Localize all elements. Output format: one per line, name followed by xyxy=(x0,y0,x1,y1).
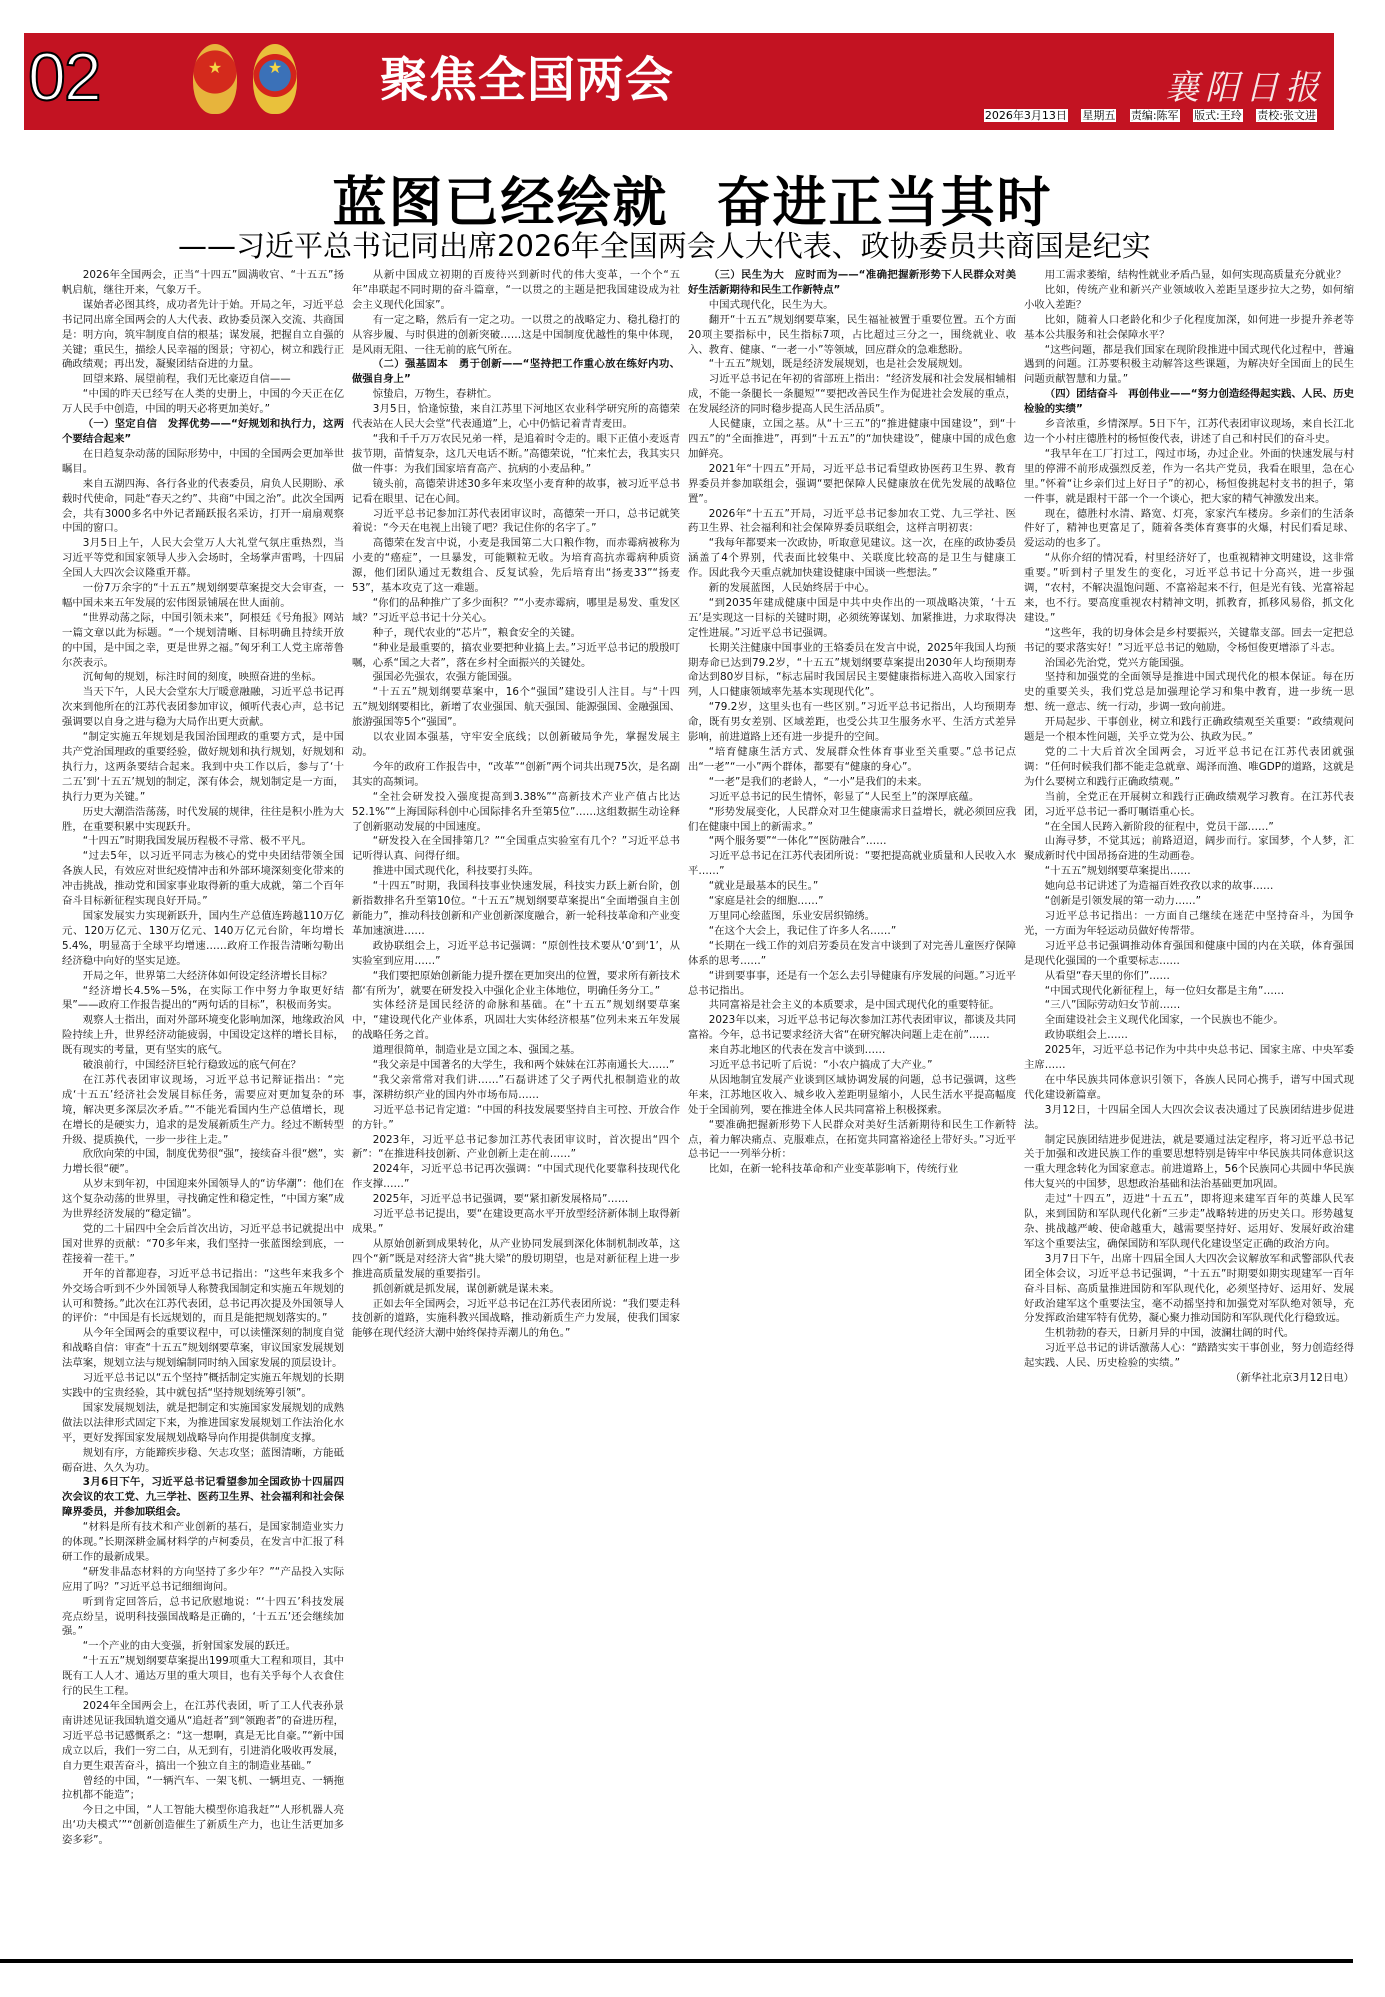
section-subheading: （四）团结奋斗 再创伟业——“努力创造经得起实践、人民、历史检验的实绩” xyxy=(1024,387,1354,417)
paragraph: 2026年“十五五”开局，习近平总书记参加农工党、九三学社、医药卫生界、社会福利… xyxy=(688,507,1016,537)
paragraph: 国家发展实力实现新跃升，国内生产总值连跨越110万亿元、120万亿元、130万亿… xyxy=(62,909,344,969)
paragraph: 习近平总书记听了后说：“小农户搞成了大产业。” xyxy=(688,1058,1016,1073)
paragraph: “世界动荡之际，中国引领未来”，阿根廷《号角报》网站一篇文章以此为标题。“一个规… xyxy=(62,611,344,671)
paragraph: 生机勃勃的春天，日新月异的中国，波澜壮阔的时代。 xyxy=(1024,1326,1354,1341)
paragraph: 3月12日，十四届全国人大四次会议表决通过了民族团结进步促进法。 xyxy=(1024,1103,1354,1133)
paragraph: 制定民族团结进步促进法，就是要通过法定程序，将习近平总书记关于加强和改进民族工作… xyxy=(1024,1133,1354,1193)
paragraph: “家庭是社会的细胞……” xyxy=(688,894,1016,909)
paragraph: “两个服务要”“一体化”“医防融合”…… xyxy=(688,834,1016,849)
paragraph: 以农业固本强基，守牢安全底线；以创新破局争先，掌握发展主动。 xyxy=(352,730,680,760)
paragraph: 镜头前，高德荣讲述30多年来攻坚小麦育种的故事，被习近平总书记看在眼里、记在心间… xyxy=(352,477,680,507)
paragraph: 2021年“十四五”开局，习近平总书记看望政协医药卫生界、教育界委员并参加联组会… xyxy=(688,462,1016,507)
paragraph: 欣欣向荣的中国，制度优势很“强”，接续奋斗很“燃”，实力增长很“硬”。 xyxy=(62,1147,344,1177)
paragraph: “我每年都要来一次政协，听取意见建议。这一次，在座的政协委员涵盖了4个界别，代表… xyxy=(688,536,1016,581)
paragraph: “三八”国际劳动妇女节前…… xyxy=(1024,998,1354,1013)
article-column-2: 从新中国成立初期的百废待兴到新时代的伟大变革，一个个“五年”串联起不同时期的奋斗… xyxy=(352,268,680,1938)
paragraph: 习近平总书记的讲话激荡人心：“踏踏实实干事创业，努力创造经得起实践、人民、历史检… xyxy=(1024,1341,1354,1371)
paragraph: 万里同心绘蓝图，乐业安居织锦绣。 xyxy=(688,909,1016,924)
paragraph: “我父亲常常对我们讲……”石磊讲述了父子两代扎根制造业的故事，深耕纺织产业的国内… xyxy=(352,1073,680,1103)
paragraph: 习近平总书记参加江苏代表团审议时，高德荣一开口，总书记就笑着说：“今天在电视上出… xyxy=(352,507,680,537)
paragraph: “我和千千万万农民兄弟一样，是追着时令走的。眼下正值小麦返青拔节期，苗情复杂，这… xyxy=(352,432,680,477)
section-subheading: （一）坚定自信 发挥优势——“好规划和执行力，这两个要结合起来” xyxy=(62,417,344,447)
paragraph: 来自五湖四海、各行各业的代表委员，肩负人民期盼、承载时代使命，同赴“春天之约”、… xyxy=(62,477,344,537)
paragraph: “十四五”时期，我国科技事业快速发展，科技实力跃上新台阶，创新指数排名升至第10… xyxy=(352,879,680,939)
paragraph: “全社会研发投入强度提高到3.38%”“高新技术产业产值占比达52.1%”“上海… xyxy=(352,790,680,835)
paragraph: “种业是最重要的，搞农业要把种业搞上去。”习近平总书记的殷殷叮嘱，心系“国之大者… xyxy=(352,641,680,671)
paragraph: 习近平总书记以“五个坚持”概括制定实施五年规划的长期实践中的宝贵经验，其中就包括… xyxy=(62,1371,344,1401)
paragraph: “在全国人民跨入新阶段的征程中，党员干部……” xyxy=(1024,820,1354,835)
paragraph: 共同富裕是社会主义的本质要求，是中国式现代化的重要特征。 xyxy=(688,998,1016,1013)
cppcc-emblem-icon: ★ xyxy=(253,44,297,114)
paragraph: “过去5年，以习近平同志为核心的党中央团结带领全国各族人民，有效应对世纪疫情冲击… xyxy=(62,849,344,909)
bottom-rule xyxy=(0,1959,1353,1963)
paragraph: 听到肯定回答后，总书记欣慰地说：“‘十四五’科技发展亮点纷呈，说明科技强国战略是… xyxy=(62,1595,344,1640)
proofreader-credit: 责校:张文进 xyxy=(1256,109,1317,122)
paragraph: 2024年全国两会上，在江苏代表团，听了工人代表孙景南讲述见证我国轨道交通从“追… xyxy=(62,1699,344,1774)
paragraph: “长期在一线工作的刘启芳委员在发言中谈到了对完善儿童医疗保障体系的思考……” xyxy=(688,939,1016,969)
paragraph: 治国必先治党，党兴方能国强。 xyxy=(1024,656,1354,671)
paragraph: 坚持和加强党的全面领导是推进中国式现代化的根本保证。每在历史的重要关头，我们党总… xyxy=(1024,670,1354,715)
paragraph: “中国的昨天已经写在人类的史册上，中国的今天正在亿万人民手中创造，中国的明天必将… xyxy=(62,387,344,417)
paragraph: 从新中国成立初期的百废待兴到新时代的伟大变革，一个个“五年”串联起不同时期的奋斗… xyxy=(352,268,680,313)
paragraph: 习近平总书记在江苏代表团所说：“要把提高就业质量和人民收入水平……” xyxy=(688,849,1016,879)
paragraph: 规划有序，方能蹄疾步稳、矢志攻坚；蓝图清晰，方能砥砺奋进、久久为功。 xyxy=(62,1446,344,1476)
paragraph: “形势发展变化，人民群众对卫生健康需求日益增长，就必须回应我们在健康中国上的新需… xyxy=(688,805,1016,835)
paragraph: 翻开“十五五”规划纲要草案，民生福祉被置于重要位置。五个方面20项主要指标中，民… xyxy=(688,313,1016,358)
paragraph: “这些年，我的切身体会是乡村要振兴，关键靠支部。回去一定把总书记的要求落实好！”… xyxy=(1024,626,1354,656)
paragraph: 2024年，习近平总书记再次强调：“中国式现代化要靠科技现代化作支撑……” xyxy=(352,1162,680,1192)
paragraph: “一老”是我们的老龄人，“一小”是我们的未来。 xyxy=(688,775,1016,790)
paragraph: 长期关注健康中国事业的王辂委员在发言中说，2025年我国人均预期寿命已达到79.… xyxy=(688,641,1016,701)
paragraph: 走过“十四五”，迈进“十五五”，即将迎来建军百年的英雄人民军队，来到国防和军队现… xyxy=(1024,1192,1354,1252)
paragraph: 观察人士指出，面对外部环境变化影响加深，地缘政治风险持续上升，世界经济动能疲弱，… xyxy=(62,1013,344,1058)
paragraph: “从你介绍的情况看，村里经济好了，也重视精神文明建设，这非常重要。”听到村子里发… xyxy=(1024,551,1354,626)
paragraph: “在这个大会上，我记住了许多人名……” xyxy=(688,924,1016,939)
paragraph: “中国式现代化新征程上，每一位妇女都是主角”…… xyxy=(1024,984,1354,999)
paragraph: 2026年全国两会，正当“十四五”圆满收官、“十五五”扬帆启航，继往开来，气象万… xyxy=(62,268,344,298)
paragraph: 山海寻梦，不觉其远；前路迢迢，阔步而行。家国梦，个人梦，汇聚成新时代中国昂扬奋进… xyxy=(1024,834,1354,864)
paragraph: “我早年在工厂打过工，闯过市场，办过企业。外面的快速发展与村里的停滞不前形成强烈… xyxy=(1024,447,1354,507)
paragraph: “到2035年建成健康中国是中共中央作出的一项战略决策，‘十五五’是实现这一目标… xyxy=(688,596,1016,641)
paragraph: 比如，随着人口老龄化和少子化程度加深，如何进一步提升养老等基本公共服务和社会保障… xyxy=(1024,313,1354,343)
paragraph: “十五五”规划纲要草案提出199项重大工程和项目，其中既有工人人才、通达万里的重… xyxy=(62,1654,344,1699)
paragraph: 开年的首都迎春，习近平总书记指出：“这些年来我多个外交场合听到不少外国领导人称赞… xyxy=(62,1267,344,1327)
page-number: 02 xyxy=(28,42,100,112)
paragraph: 比如，传统产业和新兴产业领域收入差距呈逐步拉大之势，如何缩小收入差距？ xyxy=(1024,283,1354,313)
paragraph: 来自苏北地区的代表在发言中谈到…… xyxy=(688,1043,1016,1058)
paragraph: “我父亲是中国著名的大学生，我和两个妹妹在江苏南通长大……” xyxy=(352,1058,680,1073)
section-subheading: （三）民生为大 应时而为——“准确把握新形势下人民群众对美好生活新期待和民生工作… xyxy=(688,268,1016,298)
paragraph: 政协联组会上…… xyxy=(1024,1028,1354,1043)
paragraph: “这些问题，都是我们国家在现阶段推进中国式现代化过程中，普遍遇到的问题。江苏要积… xyxy=(1024,343,1354,388)
paragraph: 2025年，习近平总书记作为中共中央总书记、国家主席、中央军委主席…… xyxy=(1024,1043,1354,1073)
paragraph: “一个产业的由大变强，折射国家发展的跃迁。 xyxy=(62,1639,344,1654)
paragraph: 当天下午，人民大会堂东大厅暖意融融，习近平总书记再次来到他所在的江苏代表团参加审… xyxy=(62,685,344,730)
issue-weekday: 星期五 xyxy=(1081,109,1116,122)
subheadline: ——习近平总书记同出席2026年全国两会人大代表、政协委员共商国是纪实 xyxy=(178,224,1151,265)
paragraph: 习近平总书记提出，要“在建设更高水平开放型经济新体制上取得新成果。” xyxy=(352,1207,680,1237)
paragraph: 3月7日下午，出席十四届全国人大四次会议解放军和武警部队代表团全体会议，习近平总… xyxy=(1024,1252,1354,1327)
paragraph: 全面建设社会主义现代化国家，一个民族也不能少。 xyxy=(1024,1013,1354,1028)
article-column-1: 2026年全国两会，正当“十四五”圆满收官、“十五五”扬帆启航，继往开来，气象万… xyxy=(62,268,344,1938)
paragraph: 开局起步、干事创业，树立和践行正确政绩观至关重要：“政绩观问题是一个根本性问题，… xyxy=(1024,715,1354,745)
paragraph: 强国必先强农，农强方能国强。 xyxy=(352,670,680,685)
paragraph: “十四五”时期我国发展历程极不寻常、极不平凡。 xyxy=(62,834,344,849)
paragraph: 开局之年，世界第二大经济体如何设定经济增长目标？ xyxy=(62,969,344,984)
paragraph: 从今年全国两会的重要议程中，可以读懂深刻的制度自觉和战略自信：审查“十五五”规划… xyxy=(62,1326,344,1371)
paragraph: 历史大潮浩浩荡荡，时代发展的规律，往往是积小胜为大胜，在重要积累中实现跃升。 xyxy=(62,805,344,835)
article-column-4: 用工需求萎缩，结构性就业矛盾凸显，如何实现高质量充分就业？比如，传统产业和新兴产… xyxy=(1024,268,1354,1938)
paragraph: 中国式现代化，民生为大。 xyxy=(688,298,1016,313)
paragraph: 人民健康，立国之基。从“十三五”的“推进健康中国建设”，到“十四五”的“全面推进… xyxy=(688,417,1016,462)
paragraph: “讲到要事事，还是有一个怎么去引导健康有序发展的问题。”习近平总书记指出。 xyxy=(688,969,1016,999)
dateline: （新华社北京3月12日电） xyxy=(1024,1371,1354,1386)
paragraph: 2023年以来，习近平总书记每次参加江苏代表团审议，都谈及共同富裕。今年，总书记… xyxy=(688,1013,1016,1043)
paragraph: 现在，德胜村水清、路宽、灯亮，家家汽车楼房。乡亲们的生活条件好了，精神也更富足了… xyxy=(1024,507,1354,552)
paragraph: 从因地制宜发展产业谈到区域协调发展的问题，总书记强调，这些年来，江苏地区收入、城… xyxy=(688,1073,1016,1118)
paragraph: 当前，全党正在开展树立和践行正确政绩观学习教育。在江苏代表团，习近平总书记一番叮… xyxy=(1024,790,1354,820)
paragraph: 习近平总书记的民生情怀，彰显了“人民至上”的深厚底蕴。 xyxy=(688,790,1016,805)
section-subheading: （二）强基固本 勇于创新——“坚持把工作重心放在练好内功、做强自身上” xyxy=(352,357,680,387)
paragraph: 3月5日，恰逢惊蛰，来自江苏里下河地区农业科学研究所的高德荣代表站在人民大会堂“… xyxy=(352,402,680,432)
paragraph: 惊蛰启，万物生，春耕忙。 xyxy=(352,387,680,402)
paragraph: 谋始者必图其终，成功者先计于始。开局之年，习近平总书记同出席全国两会的人大代表、… xyxy=(62,298,344,373)
paragraph: 从岁末到年初，中国迎来外国领导人的“访华潮”：他们在这个复杂动荡的世界里，寻找确… xyxy=(62,1177,344,1222)
paragraph: 道理很简单，制造业是立国之本、强国之基。 xyxy=(352,1043,680,1058)
paragraph: 高德荣在发言中说，小麦是我国第二大口粮作物，而赤霉病被称为小麦的“癌症”，一旦暴… xyxy=(352,536,680,596)
paragraph: 有一定之略，然后有一定之功。一以贯之的战略定力、稳扎稳打的从容步履、与时俱进的创… xyxy=(352,313,680,358)
paragraph: “材料是所有技术和产业创新的基石，是国家制造业实力的体现。”长期深耕金属材料学的… xyxy=(62,1520,344,1565)
paragraph: 破浪前行，中国经济巨轮行稳致远的底气何在？ xyxy=(62,1058,344,1073)
paragraph: “创新是引领发展的第一动力……” xyxy=(1024,894,1354,909)
paragraph: 习近平总书记指出：一方面自己继续在迷茫中坚持奋斗，为国争光，一方面为年轻运动员做… xyxy=(1024,909,1354,939)
paragraph: “十五五”规划纲要草案提出…… xyxy=(1024,864,1354,879)
section-subheading: 3月6日下午，习近平总书记看望参加全国政协十四届四次会议的农工党、九三学社、医药… xyxy=(62,1475,344,1520)
issue-date: 2026年3月13日 xyxy=(984,109,1068,122)
paragraph: 政协联组会上，习近平总书记强调：“原创性技术要从‘0’到‘1’，从实验室到应用…… xyxy=(352,939,680,969)
paragraph: 从原始创新到成果转化，从产业协同发展到深化体制机制改革，这四个“新”既是对经济大… xyxy=(352,1237,680,1282)
paragraph: 实体经济是国民经济的命脉和基础。在“十五五”规划纲要草案中，“建设现代化产业体系… xyxy=(352,998,680,1043)
paragraph: “十五五”规划，既是经济发展规划，也是社会发展规划。 xyxy=(688,357,1016,372)
paragraph: 抓创新就是抓发展，谋创新就是谋未来。 xyxy=(352,1282,680,1297)
paragraph: 习近平总书记在年初的省部班上指出：“经济发展和社会发展相辅相成，不能一条腿长一条… xyxy=(688,372,1016,417)
paragraph: 曾经的中国，“一辆汽车、一架飞机、一辆坦克、一辆拖拉机都不能造”； xyxy=(62,1774,344,1804)
paragraph: 2025年，习近平总书记强调，要“紧扣新发展格局”…… xyxy=(352,1192,680,1207)
paragraph: “要准确把握新形势下人民群众对美好生活新期待和民生工作新特点，着力解决痛点、克服… xyxy=(688,1118,1016,1163)
paragraph: 正如去年全国两会，习近平总书记在江苏代表团所说：“我们要走科技创新的道路，实施科… xyxy=(352,1297,680,1342)
paragraph: “79.2岁，这里头也有一些区别。”习近平总书记指出，人均预期寿命，既有男女差别… xyxy=(688,700,1016,745)
paragraph: 她向总书记讲述了为造福百姓孜孜以求的故事…… xyxy=(1024,879,1354,894)
paragraph: 习近平总书记强调推动体育强国和健康中国的内在关联，体育强国是现代化强国的一个重要… xyxy=(1024,939,1354,969)
paragraph: “我们要把原始创新能力提升摆在更加突出的位置，要求所有新技术都‘有所为’，就要在… xyxy=(352,969,680,999)
paragraph: “就业是最基本的民生。” xyxy=(688,879,1016,894)
paragraph: 推进中国式现代化，科技要打头阵。 xyxy=(352,864,680,879)
section-title: 聚焦全国两会 xyxy=(380,50,674,110)
paragraph: 用工需求萎缩，结构性就业矛盾凸显，如何实现高质量充分就业？ xyxy=(1024,268,1354,283)
paragraph: 沉甸甸的规划，标注时间的刻度，映照奋进的坐标。 xyxy=(62,670,344,685)
issue-meta: 2026年3月13日 星期五 责编:陈军 版式:王玲 责校:张文进 xyxy=(974,107,1317,123)
paragraph: 乡音浓重，乡情深厚。5日下午，江苏代表团审议现场，来自长江北边一个小村庄德胜村的… xyxy=(1024,417,1354,447)
paragraph: “研发投入在全国排第几？”“全国重点实验室有几个？”习近平总书记听得认真、问得仔… xyxy=(352,834,680,864)
paragraph: 回望来路、展望前程，我们无比豪迈自信—— xyxy=(62,372,344,387)
newspaper-masthead: 襄阳日报 xyxy=(1165,60,1325,109)
paragraph: 种子，现代农业的“芯片”，粮食安全的关键。 xyxy=(352,626,680,641)
article-column-3: （三）民生为大 应时而为——“准确把握新形势下人民群众对美好生活新期待和民生工作… xyxy=(688,268,1016,1938)
paragraph: 今日之中国，“人工智能大模型你追我赶”“人形机器人亮出‘功夫模式’”“创新创造催… xyxy=(62,1803,344,1848)
layout-credit: 版式:王玲 xyxy=(1193,109,1243,122)
paragraph: 习近平总书记肯定道：“中国的科技发展要坚持自主可控、开放合作的方针。” xyxy=(352,1103,680,1133)
paragraph: 在中华民族共同体意识引领下，各族人民同心携手，谱写中国式现代化建设新篇章。 xyxy=(1024,1073,1354,1103)
paragraph: 2023年，习近平总书记参加江苏代表团审议时，首次提出“四个新”：“在推进科技创… xyxy=(352,1133,680,1163)
paragraph: “你们的品种推广了多少面积？”“小麦赤霉病，哪里是易发、重发区域？”习近平总书记… xyxy=(352,596,680,626)
paragraph: 党的二十大后首次全国两会，习近平总书记在江苏代表团就强调：“任何时候我们都不能走… xyxy=(1024,745,1354,790)
article-body: 2026年全国两会，正当“十四五”圆满收官、“十五五”扬帆启航，继往开来，气象万… xyxy=(62,268,1342,1938)
paragraph: 今年的政府工作报告中，“改革”“创新”两个词共出现75次，是名副其实的高频词。 xyxy=(352,760,680,790)
paragraph: “十五五”规划纲要草案中，16个“强国”建设引人注目。与“十四五”规划纲要相比，… xyxy=(352,685,680,730)
paragraph: “研发非晶态材料的方向坚持了多少年？”“产品投入实际应用了吗？”习近平总书记细细… xyxy=(62,1565,344,1595)
paragraph: 党的二十届四中全会后首次出访，习近平总书记就提出中国对世界的贡献：“70多年来，… xyxy=(62,1222,344,1267)
paragraph: 一份7万余字的“十五五”规划纲要草案提交大会审查，一幅中国未来五年发展的宏伟图景… xyxy=(62,581,344,611)
paragraph: “培育健康生活方式、发展群众性体育事业至关重要。”总书记点出“一老”“一小”两个… xyxy=(688,745,1016,775)
paragraph: 在江苏代表团审议现场，习近平总书记辩证指出：“完成‘十五五’经济社会发展目标任务… xyxy=(62,1073,344,1148)
paragraph: 在日趋复杂动荡的国际形势中，中国的全国两会更加举世瞩目。 xyxy=(62,447,344,477)
paragraph: 国家发展规划法，就是把制定和实施国家发展规划的成熟做法以法律形式固定下来，为推进… xyxy=(62,1401,344,1446)
paragraph: 新的发展蓝图，人民始终居于中心。 xyxy=(688,581,1016,596)
paragraph: “经济增长4.5%－5%，在实际工作中努力争取更好结果”——政府工作报告提出的“… xyxy=(62,984,344,1014)
paragraph: “制定实施五年规划是我国治国理政的重要方式，是中国共产党治国理政的重要经验，做好… xyxy=(62,730,344,805)
paragraph: 3月5日上午，人民大会堂万人大礼堂气氛庄重热烈，当习近平等党和国家领导人步入会场… xyxy=(62,536,344,581)
paragraph: 比如，在新一轮科技革命和产业变革影响下，传统行业 xyxy=(688,1162,1016,1177)
paragraph: 从看望“春天里的你们”…… xyxy=(1024,969,1354,984)
national-emblem-icon: ★ xyxy=(193,44,237,114)
editor-credit: 责编:陈军 xyxy=(1130,109,1180,122)
